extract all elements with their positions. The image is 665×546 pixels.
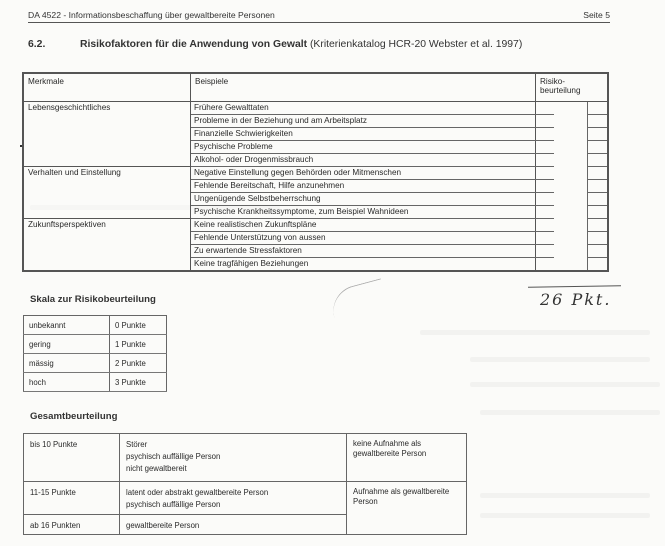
rating-box[interactable] [587,245,607,258]
risk-rating-cell[interactable] [536,154,609,167]
table-row: 11-15 Punkte latent oder abstrakt gewalt… [24,482,467,515]
description: latent oder abstrakt gewaltbereite Perso… [120,482,347,515]
rating-box[interactable] [587,193,607,206]
overall-heading: Gesamtbeurteilung [30,411,117,422]
category-cell: Verhalten und Einstellung [23,167,191,219]
example-cell: Frühere Gewalttaten [191,102,536,115]
example-cell: Probleme in der Beziehung und am Arbeits… [191,115,536,128]
example-cell: Psychische Probleme [191,141,536,154]
example-cell: Finanzielle Schwierigkeiten [191,128,536,141]
risk-rating-cell[interactable] [536,232,609,245]
rating-box[interactable] [587,115,607,128]
decision: Aufnahme als gewaltbereite Person [347,482,467,535]
page-header: DA 4522 - Informationsbeschaffung über g… [28,10,610,23]
example-cell: Negative Einstellung gegen Behörden oder… [191,167,536,180]
points-range: bis 10 Punkte [24,434,120,482]
example-cell: Keine realistischen Zukunftspläne [191,219,536,232]
pen-stroke [328,278,388,317]
risk-rating-cell[interactable] [536,245,609,258]
table-row: ZukunftsperspektivenKeine realistischen … [23,219,608,232]
col-header-features: Merkmale [23,73,191,102]
risk-points: 3 Punkte [110,373,167,392]
handwritten-score: 26 Pkt. [540,290,611,309]
example-cell: Zu erwartende Stressfaktoren [191,245,536,258]
risk-rating-cell[interactable] [536,167,609,180]
rating-box[interactable] [587,180,607,193]
scale-heading: Skala zur Risikobeurteilung [30,294,156,305]
rating-box[interactable] [587,232,607,245]
rating-box[interactable] [587,219,607,232]
risk-level: hoch [24,373,110,392]
col-header-risk: Risiko- beurteilung [536,73,609,102]
handwritten-underline [528,285,621,288]
col-header-examples: Beispiele [191,73,536,102]
risk-rating-cell[interactable] [536,206,609,219]
risk-rating-cell[interactable] [536,115,609,128]
rating-box[interactable] [587,167,607,180]
table-row: gering1 Punkte [24,335,167,354]
risk-level: mässig [24,354,110,373]
example-cell: Fehlende Unterstützung von aussen [191,232,536,245]
section-number: 6.2. [28,39,45,50]
risk-rating-cell[interactable] [536,219,609,232]
risk-points: 2 Punkte [110,354,167,373]
rating-box[interactable] [587,128,607,141]
description: Störer psychisch auffällige Person nicht… [120,434,347,482]
category-cell: Zukunftsperspektiven [23,219,191,272]
risk-rating-cell[interactable] [536,180,609,193]
rating-box[interactable] [587,258,607,271]
table-row: hoch3 Punkte [24,373,167,392]
example-cell: Ungenügende Selbstbeherrschung [191,193,536,206]
example-cell: Keine tragfähigen Beziehungen [191,258,536,272]
section-title: Risikofaktoren für die Anwendung von Gew… [80,39,620,50]
risk-points: 0 Punkte [110,316,167,335]
risk-rating-cell[interactable] [536,141,609,154]
rating-box[interactable] [587,102,607,115]
risk-level: gering [24,335,110,354]
description: gewaltbereite Person [120,515,347,535]
rating-box[interactable] [587,141,607,154]
risk-rating-cell[interactable] [536,193,609,206]
category-cell: Lebensgeschichtliches [23,102,191,167]
example-cell: Alkohol- oder Drogenmissbrauch [191,154,536,167]
risk-factors-table: Merkmale Beispiele Risiko- beurteilung L… [22,72,609,272]
example-cell: Psychische Krankheitssymptome, zum Beisp… [191,206,536,219]
table-row: Verhalten und EinstellungNegative Einste… [23,167,608,180]
decision: keine Aufnahme als gewaltbereite Person [347,434,467,482]
points-range: ab 16 Punkten [24,515,120,535]
rating-box[interactable] [587,206,607,219]
table-row: unbekannt0 Punkte [24,316,167,335]
overall-assessment-table: bis 10 Punkte Störer psychisch auffällig… [23,433,467,535]
risk-rating-cell[interactable] [536,102,609,115]
table-row: mässig2 Punkte [24,354,167,373]
rating-box[interactable] [587,154,607,167]
risk-rating-cell[interactable] [536,128,609,141]
risk-level: unbekannt [24,316,110,335]
document-title: DA 4522 - Informationsbeschaffung über g… [28,10,275,20]
example-cell: Fehlende Bereitschaft, Hilfe anzunehmen [191,180,536,193]
risk-points: 1 Punkte [110,335,167,354]
risk-scale-table: unbekannt0 Punktegering1 Punktemässig2 P… [23,315,167,392]
points-range: 11-15 Punkte [24,482,120,515]
table-row: LebensgeschichtlichesFrühere Gewalttaten [23,102,608,115]
page-number: Seite 5 [583,10,610,20]
table-row: bis 10 Punkte Störer psychisch auffällig… [24,434,467,482]
risk-rating-cell[interactable] [536,258,609,272]
